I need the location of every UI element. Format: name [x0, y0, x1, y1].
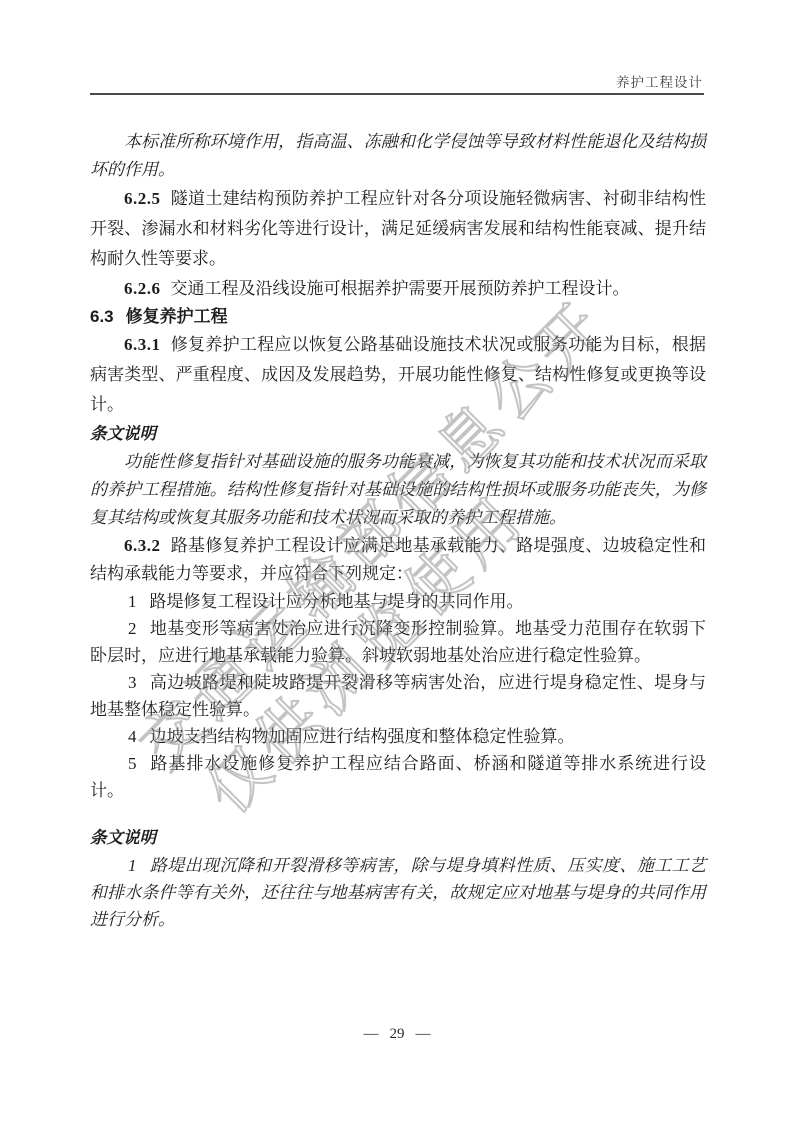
clause-6-3-2-item-list: 1路堤修复工程设计应分析地基与堤身的共同作用。 2地基变形等病害处治应进行沉降变… — [90, 588, 706, 804]
clause-6-3-1-number: 6.3.1 — [124, 335, 161, 354]
commentary-2-text: 路堤出现沉降和开裂滑移等病害，除与堤身填料性质、压实度、施工工艺和排水条件等有关… — [90, 856, 706, 929]
commentary-1-paragraph: 功能性修复指针对基础设施的服务功能衰减，为恢复其功能和技术状况而采取的养护工程措… — [90, 448, 706, 532]
list-item: 5路基排水设施修复养护工程应结合路面、桥涵和隧道等排水系统进行设计。 — [90, 750, 706, 804]
list-item-number: 2 — [128, 619, 137, 638]
header-rule — [90, 93, 704, 95]
running-header-title: 养护工程设计 — [616, 71, 703, 91]
page-footer: —29— — [0, 1026, 794, 1043]
commentary-2-item-number: 1 — [128, 856, 137, 875]
document-page: 养护工程设计 本标准所称环境作用，指高温、冻融和化学侵蚀等导致材料性能退化及结构… — [0, 0, 794, 1122]
list-item-text: 边坡支挡结构物加固应进行结构强度和整体稳定性验算。 — [150, 727, 575, 746]
clause-6-3-2-number: 6.3.2 — [124, 536, 161, 555]
clause-6-3-2-text: 路基修复养护工程设计应满足地基承载能力、路堤强度、边坡稳定性和结构承载能力等要求… — [90, 536, 706, 583]
section-6-3-heading: 6.3修复养护工程 — [90, 304, 706, 330]
clause-6-2-5-number: 6.2.5 — [124, 189, 161, 208]
list-item-number: 5 — [128, 754, 137, 773]
clause-6-2-6: 6.2.6交通工程及沿线设施可根据养护需要开展预防养护工程设计。 — [90, 274, 706, 304]
list-item: 2地基变形等病害处治应进行沉降变形控制验算。地基受力范围存在软弱下卧层时，应进行… — [90, 615, 706, 669]
list-item: 3高边坡路堤和陡坡路堤开裂滑移等病害处治，应进行堤身稳定性、堤身与地基整体稳定性… — [90, 669, 706, 723]
commentary-2-heading: 条文说明 — [90, 824, 706, 852]
clause-6-2-6-text: 交通工程及沿线设施可根据养护需要开展预防养护工程设计。 — [171, 279, 630, 298]
list-item-number: 1 — [128, 592, 137, 611]
footer-dash-right: — — [416, 1026, 431, 1042]
list-item-number: 4 — [128, 727, 137, 746]
list-item-text: 路堤修复工程设计应分析地基与堤身的共同作用。 — [150, 592, 524, 611]
clause-6-3-1: 6.3.1修复养护工程应以恢复公路基础设施技术状况或服务功能为目标，根据病害类型… — [90, 330, 706, 420]
clause-6-3-1-text: 修复养护工程应以恢复公路基础设施技术状况或服务功能为目标，根据病害类型、严重程度… — [90, 335, 706, 414]
document-body: 本标准所称环境作用，指高温、冻融和化学侵蚀等导致材料性能退化及结构损坏的作用。 … — [90, 128, 706, 933]
list-item: 4边坡支挡结构物加固应进行结构强度和整体稳定性验算。 — [90, 723, 706, 750]
section-6-3-title: 修复养护工程 — [126, 307, 228, 326]
clause-6-3-2: 6.3.2路基修复养护工程设计应满足地基承载能力、路堤强度、边坡稳定性和结构承载… — [90, 532, 706, 588]
section-6-3-number: 6.3 — [90, 307, 114, 326]
list-item: 1路堤修复工程设计应分析地基与堤身的共同作用。 — [90, 588, 706, 615]
page-number: 29 — [390, 1026, 405, 1042]
list-item-text: 地基变形等病害处治应进行沉降变形控制验算。地基受力范围存在软弱下卧层时，应进行地… — [90, 619, 706, 665]
carryover-commentary-paragraph: 本标准所称环境作用，指高温、冻融和化学侵蚀等导致材料性能退化及结构损坏的作用。 — [90, 128, 706, 184]
footer-dash-left: — — [364, 1026, 379, 1042]
clause-6-2-5: 6.2.5隧道土建结构预防养护工程应针对各分项设施轻微病害、衬砌非结构性开裂、渗… — [90, 184, 706, 274]
commentary-2-paragraph: 1路堤出现沉降和开裂滑移等病害，除与堤身填料性质、压实度、施工工艺和排水条件等有… — [90, 852, 706, 933]
list-item-number: 3 — [128, 673, 137, 692]
list-item-text: 高边坡路堤和陡坡路堤开裂滑移等病害处治，应进行堤身稳定性、堤身与地基整体稳定性验… — [90, 673, 706, 719]
clause-6-2-6-number: 6.2.6 — [124, 279, 161, 298]
commentary-1-heading: 条文说明 — [90, 420, 706, 448]
list-item-text: 路基排水设施修复养护工程应结合路面、桥涵和隧道等排水系统进行设计。 — [90, 754, 706, 800]
clause-6-2-5-text: 隧道土建结构预防养护工程应针对各分项设施轻微病害、衬砌非结构性开裂、渗漏水和材料… — [90, 189, 706, 268]
